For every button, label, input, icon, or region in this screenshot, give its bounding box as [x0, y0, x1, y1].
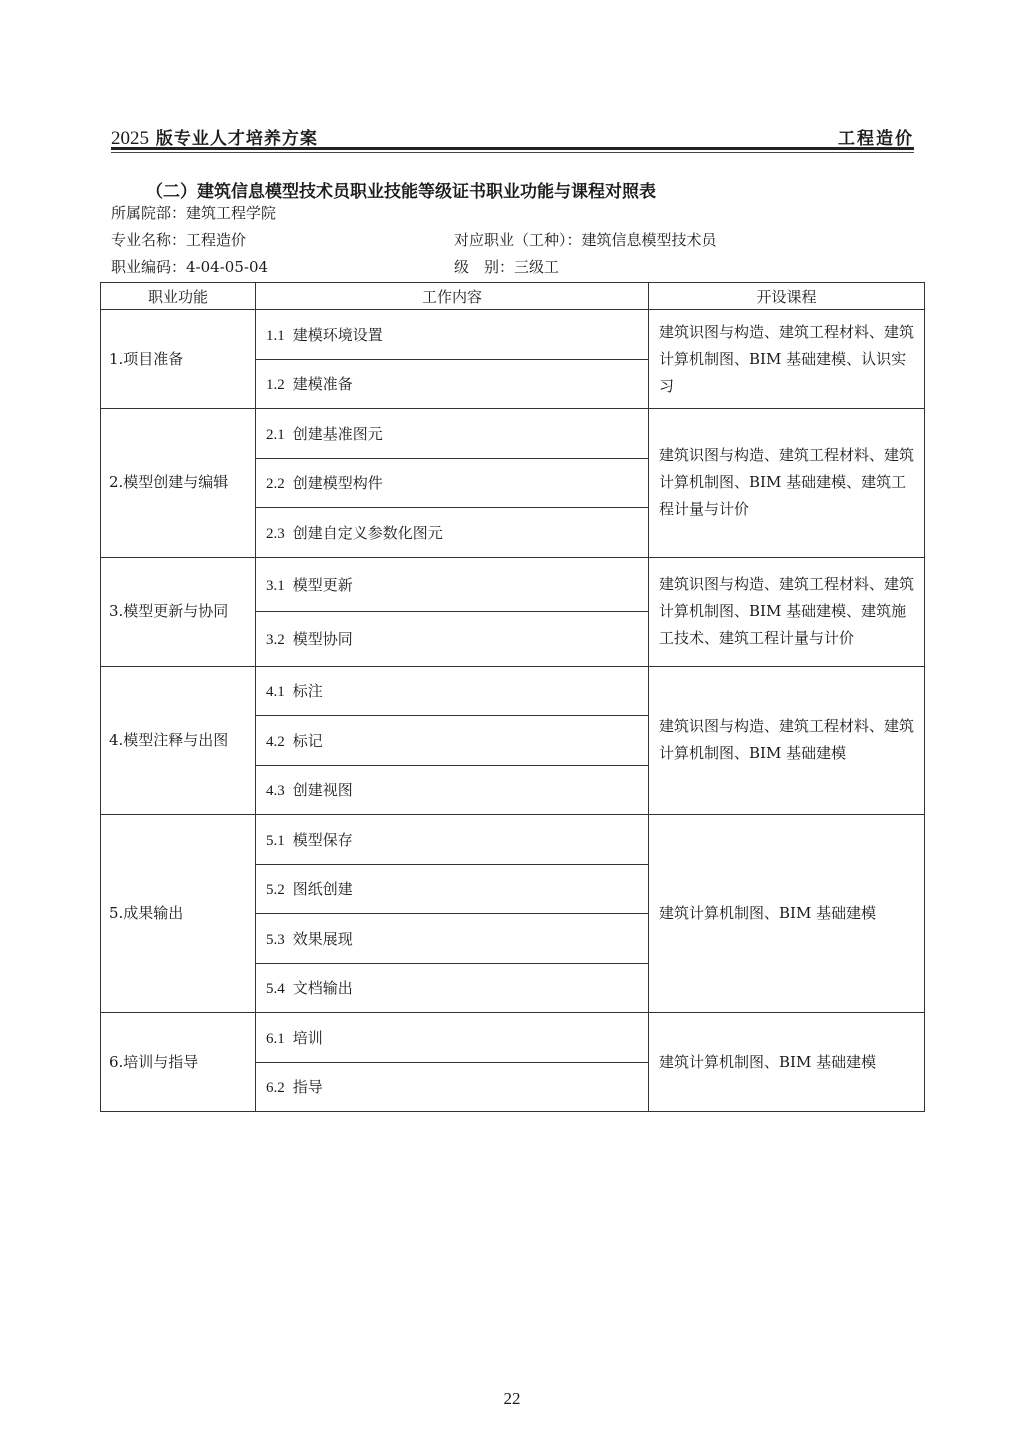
header-year: 2025	[111, 128, 149, 149]
task-number: 4.3	[266, 783, 285, 799]
table-row: 6.培训与指导 6.1培训 建筑计算机制图、BIM 基础建模	[101, 1013, 925, 1063]
task-number: 4.1	[266, 684, 285, 700]
function-cell: 2.模型创建与编辑	[101, 409, 256, 558]
occupation-value: 建筑信息模型技术员	[582, 231, 717, 249]
task-number: 5.4	[266, 981, 285, 997]
courses-cell: 建筑计算机制图、BIM 基础建模	[649, 1013, 925, 1112]
task-number: 6.1	[266, 1031, 285, 1047]
courses-cell: 建筑识图与构造、建筑工程材料、建筑计算机制图、BIM 基础建模	[649, 666, 925, 815]
header-doc-title: 版专业人才培养方案	[156, 129, 318, 149]
function-cell: 3.模型更新与协同	[101, 557, 256, 666]
task-name: 效果展现	[293, 930, 353, 948]
task-name: 创建基准图元	[293, 425, 383, 443]
function-cell: 5.成果输出	[101, 815, 256, 1013]
task-number: 3.2	[266, 632, 285, 648]
level-value: 三级工	[514, 258, 559, 276]
table-row: 3.模型更新与协同 3.1模型更新 建筑识图与构造、建筑工程材料、建筑计算机制图…	[101, 557, 925, 612]
header-courses: 开设课程	[649, 283, 925, 310]
task-cell: 5.1模型保存	[256, 815, 649, 865]
department-value: 建筑工程学院	[186, 204, 276, 222]
courses-cell: 建筑计算机制图、BIM 基础建模	[649, 815, 925, 1013]
task-cell: 3.1模型更新	[256, 557, 649, 612]
task-name: 标注	[293, 682, 323, 700]
task-cell: 1.2建模准备	[256, 359, 649, 409]
task-cell: 3.2模型协同	[256, 612, 649, 667]
header-major: 工程造价	[838, 124, 914, 149]
task-name: 创建自定义参数化图元	[293, 524, 443, 542]
table-header-row: 职业功能 工作内容 开设课程	[101, 283, 925, 310]
task-number: 5.3	[266, 932, 285, 948]
task-cell: 2.3创建自定义参数化图元	[256, 508, 649, 558]
header-rule-thin	[111, 152, 914, 153]
function-course-table: 职业功能 工作内容 开设课程 1.项目准备 1.1建模环境设置 建筑识图与构造、…	[100, 282, 925, 1112]
function-cell: 6.培训与指导	[101, 1013, 256, 1112]
table-row: 5.成果输出 5.1模型保存 建筑计算机制图、BIM 基础建模	[101, 815, 925, 865]
task-cell: 4.1标注	[256, 666, 649, 716]
task-cell: 2.1创建基准图元	[256, 409, 649, 459]
task-number: 1.2	[266, 377, 285, 393]
task-number: 6.2	[266, 1080, 285, 1096]
task-name: 标记	[293, 732, 323, 750]
department-line: 所属院部：建筑工程学院	[111, 202, 276, 223]
task-cell: 6.1培训	[256, 1013, 649, 1063]
task-number: 4.2	[266, 734, 285, 750]
function-cell: 1.项目准备	[101, 310, 256, 409]
courses-cell: 建筑识图与构造、建筑工程材料、建筑计算机制图、BIM 基础建模、认识实习	[649, 310, 925, 409]
task-name: 模型更新	[293, 576, 353, 594]
section-title: （二）建筑信息模型技术员职业技能等级证书职业功能与课程对照表	[146, 177, 656, 202]
task-number: 3.1	[266, 578, 285, 594]
courses-cell: 建筑识图与构造、建筑工程材料、建筑计算机制图、BIM 基础建模、建筑工程计量与计…	[649, 409, 925, 558]
task-name: 创建视图	[293, 781, 353, 799]
task-name: 模型协同	[293, 630, 353, 648]
task-name: 图纸创建	[293, 880, 353, 898]
running-header: 2025 版专业人才培养方案 工程造价	[111, 124, 914, 148]
occupation-line: 对应职业（工种）：建筑信息模型技术员	[454, 229, 717, 250]
major-value: 工程造价	[186, 231, 246, 249]
task-name: 建模环境设置	[293, 326, 383, 344]
courses-cell: 建筑识图与构造、建筑工程材料、建筑计算机制图、BIM 基础建模、建筑施工技术、建…	[649, 557, 925, 666]
task-name: 文档输出	[293, 979, 353, 997]
task-cell: 2.2创建模型构件	[256, 458, 649, 508]
header-work-content: 工作内容	[256, 283, 649, 310]
task-cell: 1.1建模环境设置	[256, 310, 649, 360]
task-name: 建模准备	[293, 375, 353, 393]
task-cell: 5.4文档输出	[256, 963, 649, 1013]
task-cell: 5.3效果展现	[256, 914, 649, 964]
major-label: 专业名称：	[111, 231, 186, 249]
task-number: 5.1	[266, 833, 285, 849]
task-cell: 6.2指导	[256, 1062, 649, 1112]
task-number: 2.3	[266, 526, 285, 542]
level-label: 级 别：	[454, 258, 514, 276]
header-function: 职业功能	[101, 283, 256, 310]
table-row: 2.模型创建与编辑 2.1创建基准图元 建筑识图与构造、建筑工程材料、建筑计算机…	[101, 409, 925, 459]
task-name: 模型保存	[293, 831, 353, 849]
major-line: 专业名称：工程造价	[111, 229, 246, 250]
header-rule-thick	[111, 147, 914, 150]
task-number: 2.1	[266, 427, 285, 443]
table-row: 4.模型注释与出图 4.1标注 建筑识图与构造、建筑工程材料、建筑计算机制图、B…	[101, 666, 925, 716]
task-cell: 5.2图纸创建	[256, 864, 649, 914]
function-cell: 4.模型注释与出图	[101, 666, 256, 815]
table-row: 1.项目准备 1.1建模环境设置 建筑识图与构造、建筑工程材料、建筑计算机制图、…	[101, 310, 925, 360]
page-number: 22	[0, 1389, 1024, 1409]
task-cell: 4.2标记	[256, 716, 649, 766]
occupation-label: 对应职业（工种）：	[454, 231, 582, 249]
code-label: 职业编码：	[111, 258, 186, 276]
task-number: 2.2	[266, 476, 285, 492]
task-name: 培训	[293, 1029, 323, 1047]
department-label: 所属院部：	[111, 204, 186, 222]
task-number: 1.1	[266, 328, 285, 344]
code-value: 4-04-05-04	[186, 258, 268, 276]
task-cell: 4.3创建视图	[256, 765, 649, 815]
task-name: 指导	[293, 1078, 323, 1096]
task-number: 5.2	[266, 882, 285, 898]
code-line: 职业编码：4-04-05-04	[111, 256, 268, 277]
level-line: 级 别：三级工	[454, 256, 559, 277]
task-name: 创建模型构件	[293, 474, 383, 492]
